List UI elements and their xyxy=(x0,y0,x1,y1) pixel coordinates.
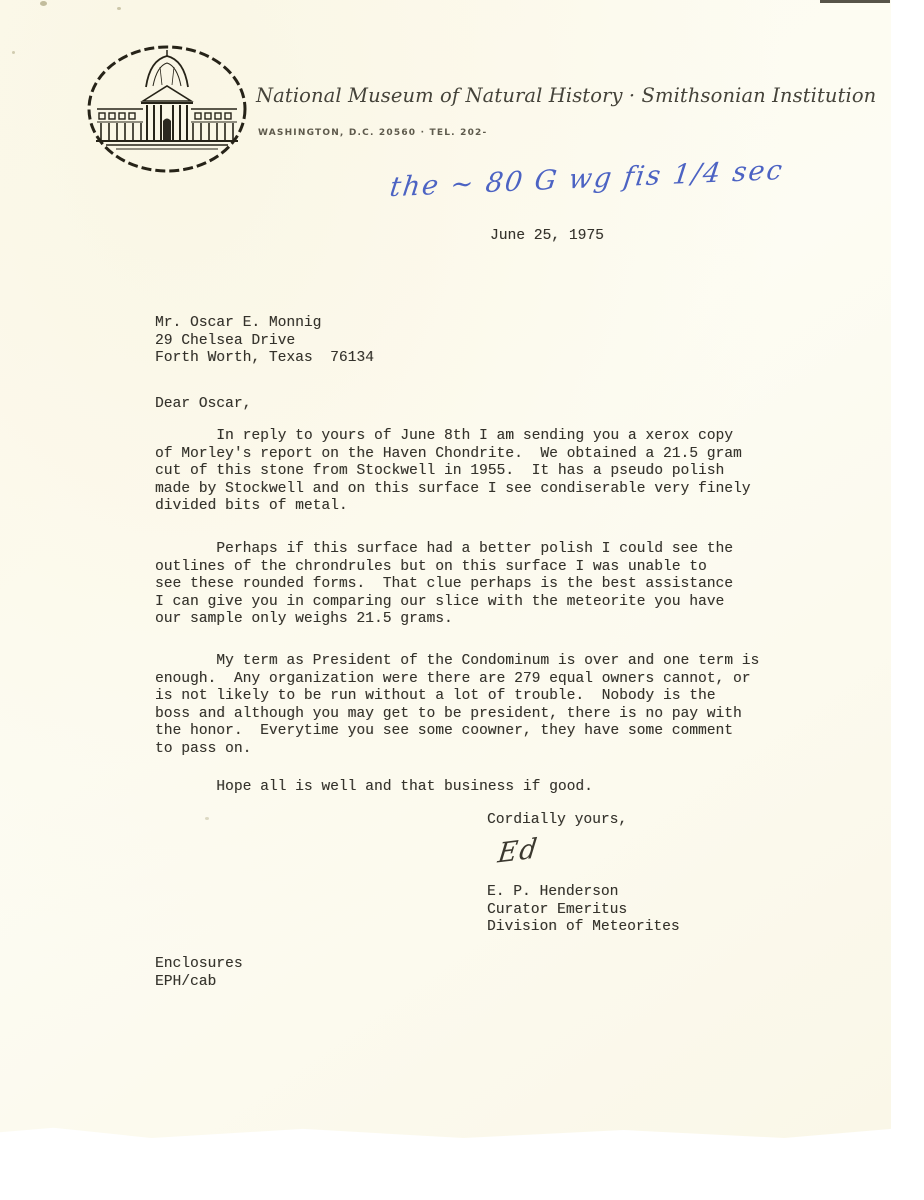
letter-paper: National Museum of Natural History · Smi… xyxy=(0,0,891,1138)
recipient-address: Mr. Oscar E. Monnig 29 Chelsea Drive For… xyxy=(155,315,374,368)
scan-speck xyxy=(117,7,121,10)
letterhead-organization: National Museum of Natural History · Smi… xyxy=(256,84,836,107)
body-paragraph-1: In reply to yours of June 8th I am sendi… xyxy=(155,428,751,516)
body-paragraph-4: Hope all is well and that business if go… xyxy=(155,779,593,797)
scan-edge-mark xyxy=(820,0,890,3)
scan-speck xyxy=(12,51,15,54)
valediction: Cordially yours, xyxy=(487,812,627,830)
scan-speck xyxy=(40,1,47,6)
smithsonian-building-logo-icon xyxy=(84,43,250,177)
letterhead-address: WASHINGTON, D.C. 20560 · TEL. 202- xyxy=(258,128,487,138)
salutation: Dear Oscar, xyxy=(155,396,251,414)
letter-date: June 25, 1975 xyxy=(490,228,604,246)
scan-speck xyxy=(205,817,209,820)
body-paragraph-2: Perhaps if this surface had a better pol… xyxy=(155,541,733,629)
scan-background: National Museum of Natural History · Smi… xyxy=(0,0,924,1200)
handwritten-annotation: the ~ 80 G wg fis 1/4 sec xyxy=(388,155,786,203)
sender-block: E. P. Henderson Curator Emeritus Divisio… xyxy=(487,884,680,937)
body-paragraph-3: My term as President of the Condominum i… xyxy=(155,653,759,759)
handwritten-signature: Ed xyxy=(496,833,541,870)
enclosure-reference-block: Enclosures EPH/cab xyxy=(155,956,243,991)
